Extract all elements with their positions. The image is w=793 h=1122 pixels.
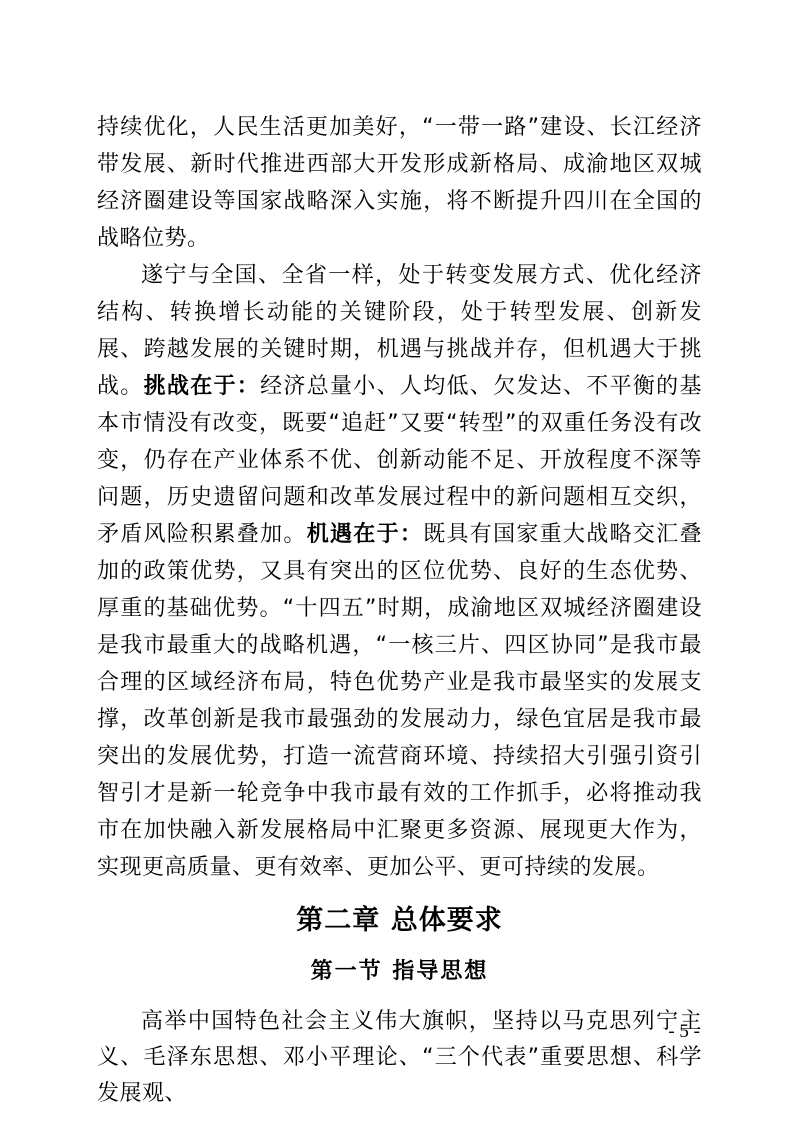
text-segment: 持续优化，人民生活更加美好，“一带一路”建设、长江经济带发展、新时代推进西部大开…	[97, 115, 702, 251]
text-segment: 高举中国特色社会主义伟大旗帜，坚持以马克思列宁主义、毛泽东思想、邓小平理论、“三…	[97, 1009, 702, 1106]
page-number: - 5 -	[668, 1020, 700, 1044]
document-page: 持续优化，人民生活更加美好，“一带一路”建设、长江经济带发展、新时代推进西部大开…	[0, 0, 793, 1122]
paragraph-situation-analysis: 遂宁与全国、全省一样，处于转变发展方式、优化经济结构、转换增长动能的关键阶段，处…	[97, 257, 702, 886]
text-segment: 既具有国家重大战略交汇叠加的政策优势，又具有突出的区位优势、良好的生态优势、厚重…	[97, 522, 702, 880]
text-segment-opportunities-bold: 机遇在于：	[307, 522, 424, 547]
section-heading: 第一节 指导思想	[97, 955, 702, 989]
text-segment-challenges-bold: 挑战在于：	[144, 374, 261, 399]
chapter-heading: 第二章 总体要求	[97, 901, 702, 941]
paragraph-continued-from-previous-page: 持续优化，人民生活更加美好，“一带一路”建设、长江经济带发展、新时代推进西部大开…	[97, 109, 702, 257]
paragraph-guiding-ideology: 高举中国特色社会主义伟大旗帜，坚持以马克思列宁主义、毛泽东思想、邓小平理论、“三…	[97, 1004, 702, 1112]
